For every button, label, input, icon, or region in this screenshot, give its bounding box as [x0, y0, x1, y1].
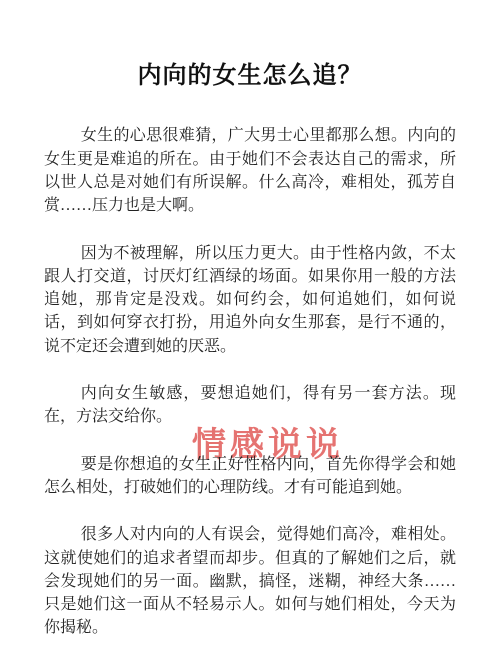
- page-title: 内向的女生怎么追？: [0, 60, 500, 92]
- paragraph-5: 很多人对内向的人有误会，觉得她们高冷，难相处。这就使她们的追求者望而却步。但真的…: [44, 523, 456, 639]
- article-page: 内向的女生怎么追？ 情感说说 女生的心思很难猜，广大男士心里都那么想。内向的女生…: [0, 0, 500, 666]
- article-body: 女生的心思很难猜，广大男士心里都那么想。内向的女生更是难追的所在。由于她们不会表…: [0, 124, 500, 639]
- paragraph-2: 因为不被理解，所以压力更大。由于性格内敛，不太跟人打交道，讨厌灯红酒绿的场面。如…: [44, 242, 456, 358]
- paragraph-3: 内向女生敏感，要想追她们，得有另一套方法。现在，方法交给你。: [44, 382, 456, 429]
- paragraph-4: 要是你想追的女生正好性格内向，首先你得学会和她怎么相处，打破她们的心理防线。才有…: [44, 453, 456, 500]
- paragraph-1: 女生的心思很难猜，广大男士心里都那么想。内向的女生更是难追的所在。由于她们不会表…: [44, 124, 456, 217]
